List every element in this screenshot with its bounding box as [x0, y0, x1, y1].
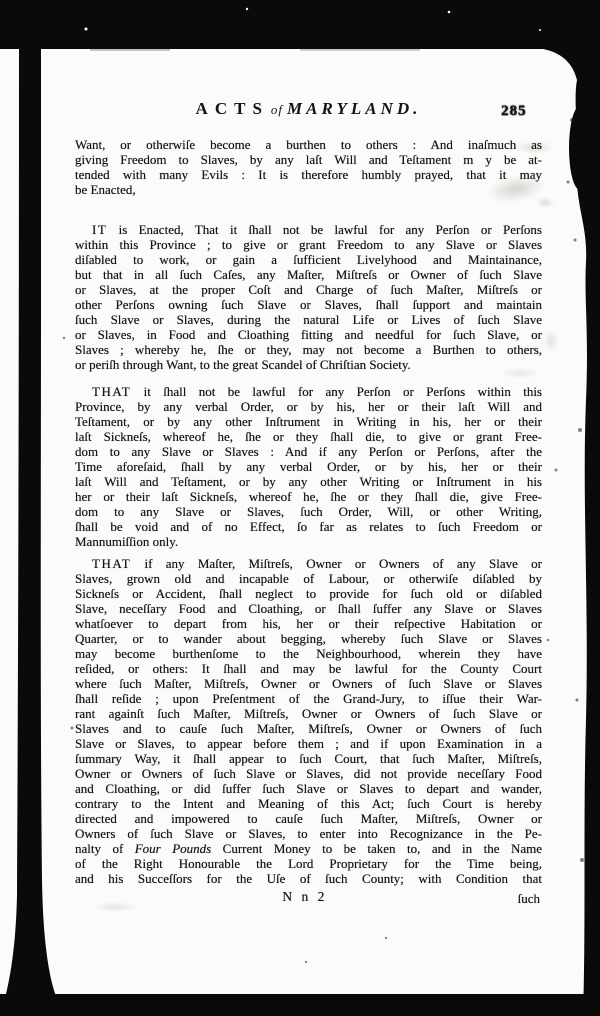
text-line: her or their laſt Sickneſs, whereof he, …	[75, 489, 542, 504]
text-line: contrary to the Intent and Meaning of th…	[75, 796, 542, 811]
act-paragraph: Want, or otherwiſe become a burthen to o…	[75, 137, 542, 197]
text-line: be Enacted,	[75, 182, 542, 197]
running-header: ACTSofMARYLAND.	[75, 99, 542, 119]
signature-mark: N n 2	[282, 889, 327, 904]
text-line: dom to any Slave or Slaves, ſuch Order, …	[75, 504, 542, 519]
page-text-layer: ACTSofMARYLAND. 285 Want, or otherwiſe b…	[0, 0, 600, 1016]
text-line: Province, by any verbal Order, or by his…	[75, 399, 542, 414]
text-line: Slave, neceſſary Food and Cloathing, or …	[75, 601, 542, 616]
text-line: reſided, or others: It ſhall and may be …	[75, 661, 542, 676]
text-line: tended with many Evils : It is therefore…	[75, 167, 542, 182]
scanned-book-page: ACTSofMARYLAND. 285 Want, or otherwiſe b…	[0, 0, 600, 1016]
act-paragraph: IT is Enacted, That it ſhall not be lawf…	[75, 222, 542, 372]
text-column: Want, or otherwiſe become a burthen to o…	[75, 137, 542, 907]
text-line: but that in all ſuch Caſes, any Maſter, …	[75, 267, 542, 282]
footer-line: N n 2 ſuch	[75, 889, 542, 907]
text-line: Slaves, grown old and incapable of Labou…	[75, 571, 542, 586]
text-line: Teſtament, or by any other Inſtrument in…	[75, 414, 542, 429]
header-title-maryland: MARYLAND.	[287, 99, 421, 118]
text-line: Want, or otherwiſe become a burthen to o…	[75, 137, 542, 152]
text-line: dom to any Slave or Slaves : And if any …	[75, 444, 542, 459]
text-line: Sickneſs or Accident, ſhall neglect to p…	[75, 586, 542, 601]
page-number: 285	[501, 103, 527, 120]
text-line: rant againſt ſuch Maſter, Miſtreſs, Owne…	[75, 706, 542, 721]
text-line: Mannumiſſion only.	[75, 534, 542, 549]
act-paragraph: THAT it ſhall not be lawful for any Perſ…	[75, 384, 542, 549]
text-line: within this Province ; to give or grant …	[75, 237, 542, 252]
text-line: THAT if any Maſter, Miſtreſs, Owner or O…	[75, 556, 542, 571]
text-line: Owner or Owners of ſuch Slave or Slaves,…	[75, 766, 542, 781]
text-line: diſabled to work, or gain a ſufficient L…	[75, 252, 542, 267]
text-line: or Slaves, at the proper Coſt and Charge…	[75, 282, 542, 297]
text-line: IT is Enacted, That it ſhall not be lawf…	[75, 222, 542, 237]
text-line: nalty of Four Pounds Current Money to be…	[75, 841, 542, 856]
text-line: ſummary Way, it ſhall appear to ſuch Cou…	[75, 751, 542, 766]
text-line: THAT it ſhall not be lawful for any Perſ…	[75, 384, 542, 399]
text-line: giving Freedom to Slaves, by any laſt Wi…	[75, 152, 542, 167]
text-line: other Perſons owning ſuch Slave or Slave…	[75, 297, 542, 312]
act-paragraph: THAT if any Maſter, Miſtreſs, Owner or O…	[75, 556, 542, 886]
text-line: or periſh through Want, to the great Sca…	[75, 357, 542, 372]
text-line: Quarter, or to wander about begging, whe…	[75, 631, 542, 646]
text-line: Slaves ; whereby he, ſhe or they, may no…	[75, 342, 542, 357]
text-line: ſhall be void and of no Effect, ſo far a…	[75, 519, 542, 534]
text-line: Slave or Slaves, to appear before them ;…	[75, 736, 542, 751]
header-title-acts: ACTS	[196, 99, 269, 118]
text-line: of the Right Honourable the Lord Proprie…	[75, 856, 542, 871]
text-line: ſuch Slave or Slaves, during the natural…	[75, 312, 542, 327]
text-line: and Cloathing, or did ſuffer ſuch Slave …	[75, 781, 542, 796]
text-line: whatſoever to depart from his, her or th…	[75, 616, 542, 631]
text-line: may become burthenſome to the Neighbourh…	[75, 646, 542, 661]
text-line: or Slaves, in Food and Cloathing fitting…	[75, 327, 542, 342]
text-line: where ſuch Maſter, Miſtreſs, Owner or Ow…	[75, 676, 542, 691]
text-line: and his Succeſſors for the Uſe of ſuch C…	[75, 871, 542, 886]
text-line: ſhall reſide ; upon Preſentment of the G…	[75, 691, 542, 706]
header-title-of: of	[271, 102, 283, 117]
catchword: ſuch	[518, 891, 540, 906]
act-paragraphs: Want, or otherwiſe become a burthen to o…	[75, 137, 542, 886]
text-line: laſt Will and Teſtament, or by any other…	[75, 474, 542, 489]
text-line: directed and impowered to cauſe ſuch Maſ…	[75, 811, 542, 826]
text-line: Slaves and to cauſe ſuch Maſter, Miſtreſ…	[75, 721, 542, 736]
text-line: laſt Sickneſs, whereof he, ſhe or they ſ…	[75, 429, 542, 444]
text-line: Owners of ſuch Slave or Slaves, to enter…	[75, 826, 542, 841]
text-line: Time aforeſaid, ſhall by any verbal Orde…	[75, 459, 542, 474]
